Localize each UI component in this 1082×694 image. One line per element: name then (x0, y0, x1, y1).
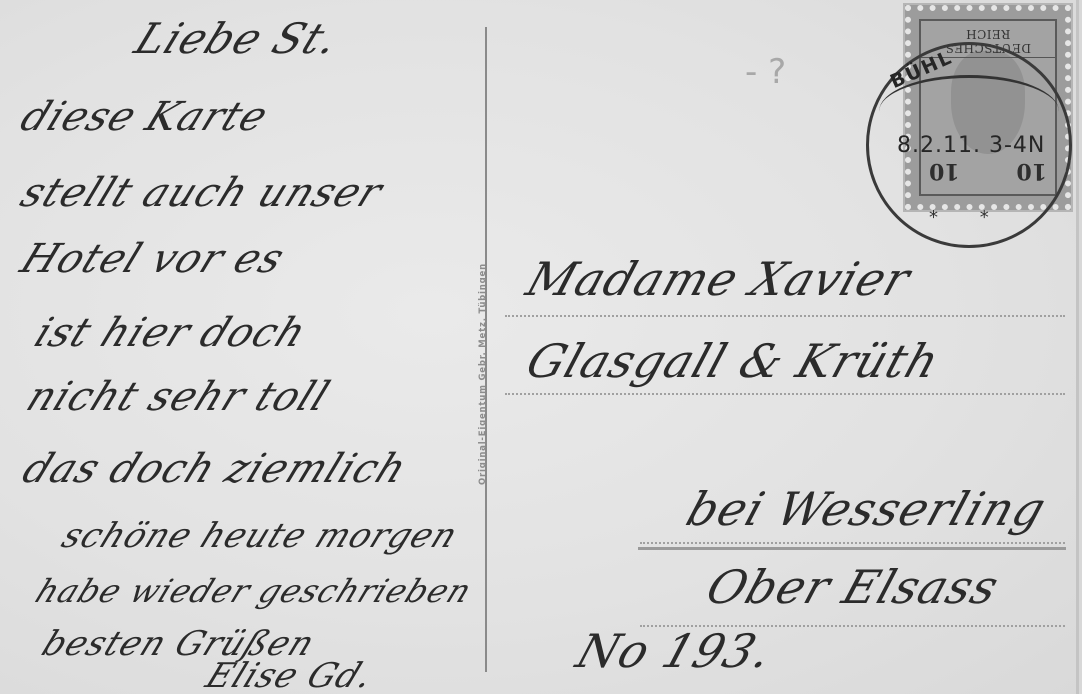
postmark-date: 8.2.11. 3-4N (897, 133, 1045, 158)
message-line: stellt auch unser (14, 170, 390, 216)
postmark: BÜHL 8.2.11. 3-4N * * (866, 42, 1072, 248)
message-line: nicht sehr toll (20, 374, 337, 420)
pencil-marks: - ? (745, 52, 786, 92)
message-line: diese Karte (14, 94, 275, 140)
message-line: ist hier doch (28, 310, 314, 356)
postcard-back: Liebe St. diese Karte stellt auch unser … (0, 0, 1079, 694)
address-rule-3 (640, 542, 1065, 544)
publisher-imprint: Original-Eigentum Gebr. Metz, Tübingen (478, 263, 488, 485)
address-line-company: Glasgall & Krüth (520, 334, 947, 388)
message-line: Hotel vor es (14, 236, 292, 282)
message-line: das doch ziemlich (16, 446, 414, 492)
address-rule-2 (505, 393, 1065, 395)
message-line: Liebe St. (128, 14, 347, 63)
address-line-locality: bei Wesserling (680, 482, 1053, 536)
address-rule-1 (505, 315, 1065, 317)
address-line-recipient: Madame Xavier (520, 252, 917, 306)
message-line: schöne heute morgen (56, 516, 464, 556)
address-line-number: No 193. (570, 624, 780, 678)
address-line-region: Ober Elsass (700, 560, 1006, 614)
address-underline (638, 547, 1066, 550)
postmark-stars-icon: * * (929, 207, 1007, 228)
signature: Elise Gd. (200, 656, 380, 694)
message-line: habe wieder geschrieben (30, 572, 478, 610)
